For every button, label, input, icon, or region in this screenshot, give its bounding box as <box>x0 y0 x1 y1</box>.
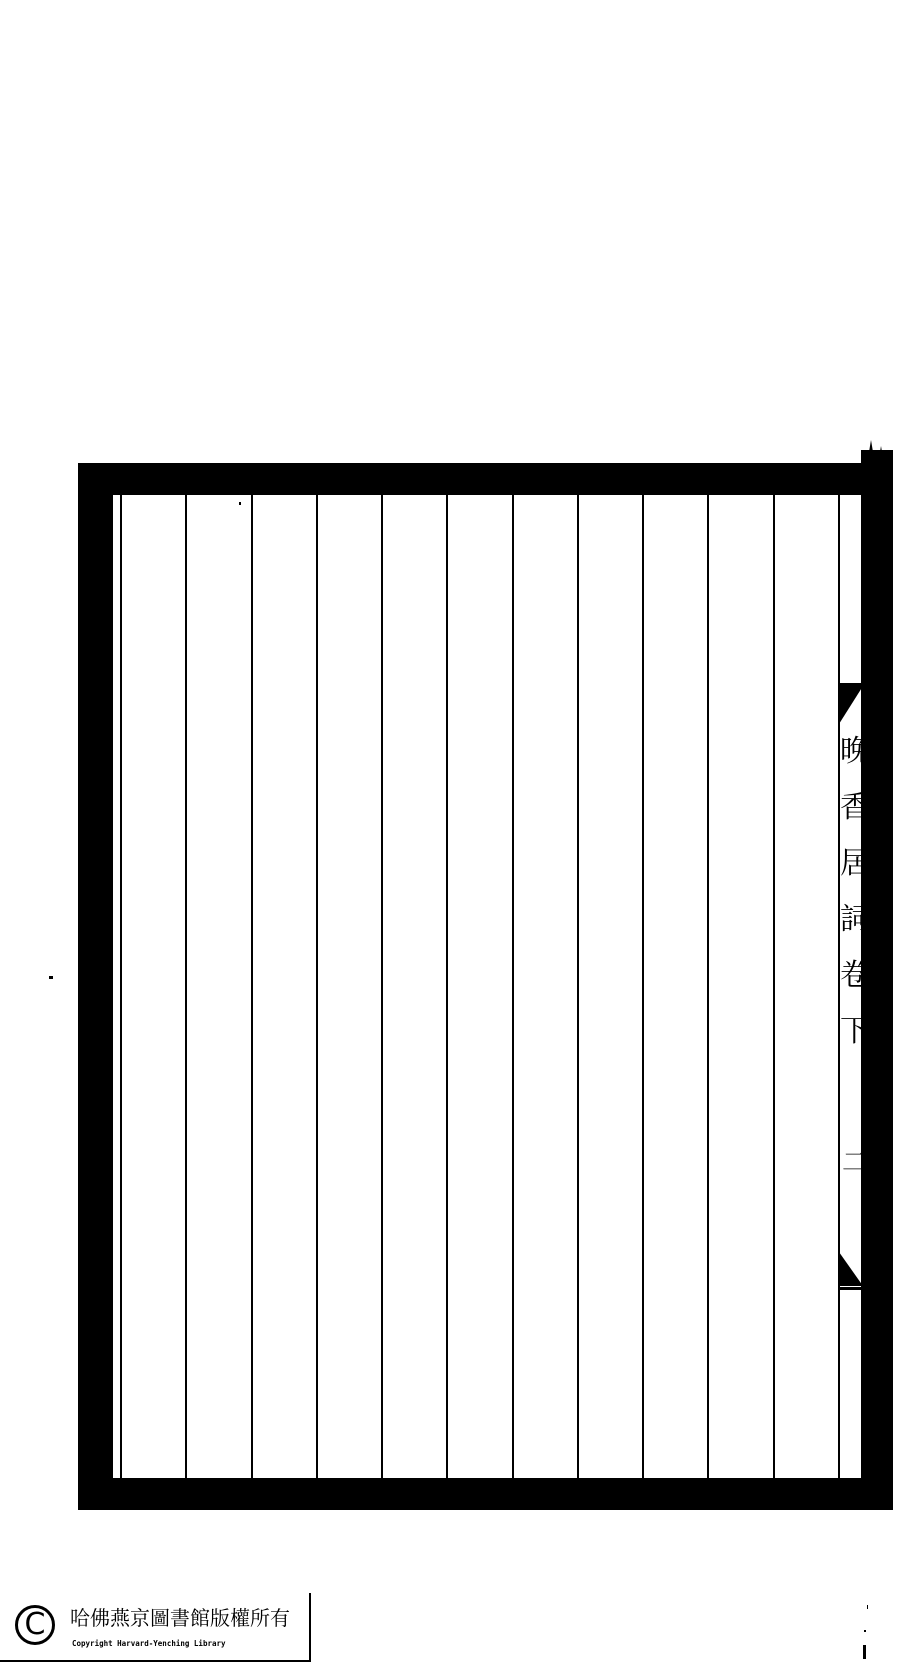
copyright-chinese-text: 哈佛燕京圖書館版權所有 <box>70 1602 290 1631</box>
scan-speck <box>867 1605 868 1609</box>
page-text-area <box>113 495 861 1478</box>
fold-book-title: 晚 香 居 詞 卷 下 <box>840 724 866 1060</box>
column-rule <box>577 495 579 1478</box>
column-rule <box>120 495 122 1478</box>
fold-edge-spike <box>876 446 886 476</box>
copyright-english-text: Copyright Harvard-Yenching Library <box>72 1639 226 1648</box>
scan-speck <box>863 1645 866 1659</box>
fishtail-bottom-rule <box>839 1287 863 1290</box>
column-rule <box>446 495 448 1478</box>
column-rule <box>185 495 187 1478</box>
scan-speck <box>864 1630 866 1632</box>
fold-title-char: 香 <box>840 780 866 836</box>
column-rule <box>707 495 709 1478</box>
scanned-page: 晚 香 居 詞 卷 下 二 C 哈佛燕京圖書館版權所有 Copyright Ha… <box>0 0 900 1665</box>
fold-title-char: 居 <box>840 836 866 892</box>
fold-page-number: 二 <box>842 1142 866 1179</box>
column-rule <box>773 495 775 1478</box>
column-rule <box>316 495 318 1478</box>
fold-title-char: 晚 <box>840 724 866 780</box>
fold-title-char: 下 <box>840 1004 866 1060</box>
copyright-icon: C <box>15 1605 55 1645</box>
fold-edge-spike <box>866 440 876 470</box>
column-rule <box>381 495 383 1478</box>
scan-speck <box>49 976 53 979</box>
fold-title-char: 詞 <box>840 892 866 948</box>
fold-title-char: 卷 <box>840 948 866 1004</box>
fishtail-bottom-mark <box>839 1252 863 1286</box>
column-rule <box>642 495 644 1478</box>
scan-speck <box>239 502 241 505</box>
fishtail-top-mark <box>839 686 863 724</box>
copyright-stamp: C 哈佛燕京圖書館版權所有 Copyright Harvard-Yenching… <box>0 1593 311 1662</box>
column-rule <box>512 495 514 1478</box>
column-rule <box>251 495 253 1478</box>
